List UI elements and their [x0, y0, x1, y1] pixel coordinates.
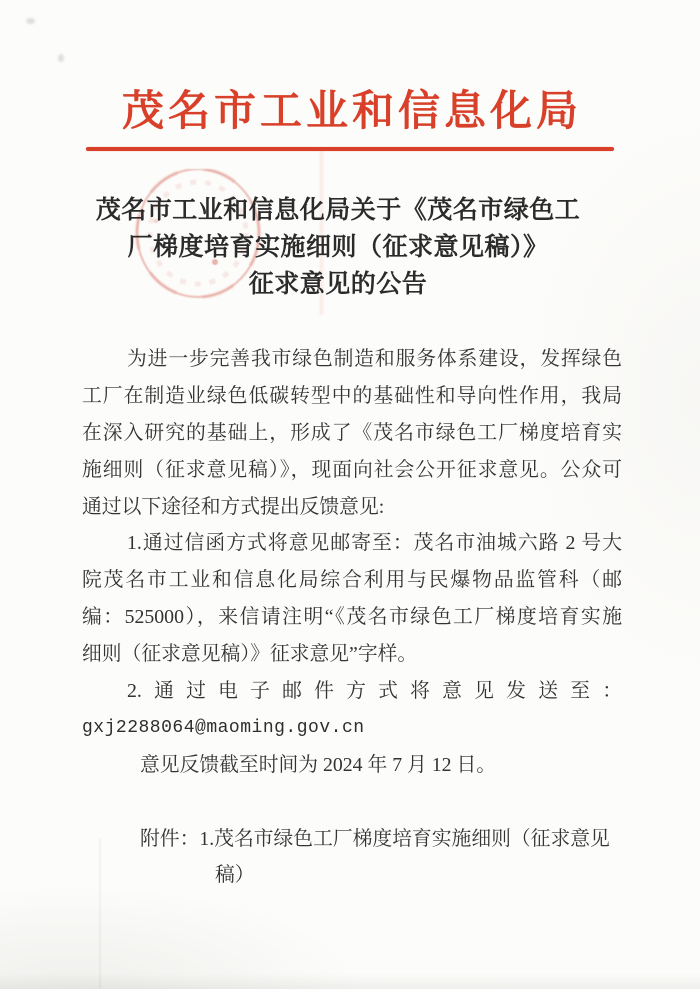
text-line: 院茂名市工业和信息化局综合利用与民爆物品监管科（邮	[82, 562, 622, 599]
agency-letterhead: 茂名市工业和信息化局	[0, 87, 700, 137]
text-line: 2.通过电子邮件方式将意见发送至：	[82, 673, 622, 710]
notice-title: 茂名市工业和信息化局关于《茂名市绿色工厂梯度培育实施细则（征求意见稿）》征求意见…	[71, 192, 605, 303]
scan-speck	[26, 18, 35, 24]
notice-body: 为进一步完善我市绿色制造和服务体系建设，发挥绿色工厂在制造业绿色低碳转型中的基础…	[82, 341, 622, 894]
scan-speck	[58, 54, 64, 62]
text-line: 意见反馈截至时间为 2024 年 7 月 12 日。	[82, 747, 622, 784]
text-line: 附件：1.茂名市绿色工厂梯度培育实施细则（征求意见	[82, 821, 622, 858]
text-line: 为进一步完善我市绿色制造和服务体系建设，发挥绿色	[82, 341, 622, 378]
text-line: 通过以下途径和方式提出反馈意见:	[82, 489, 622, 526]
letterhead-divider	[86, 147, 614, 151]
text-line: 厂梯度培育实施细则（征求意见稿）》	[71, 229, 605, 266]
text-line: 工厂在制造业绿色低碳转型中的基础性和导向性作用，我局	[82, 378, 622, 415]
text-line: 茂名市工业和信息化局关于《茂名市绿色工	[71, 192, 605, 229]
text-line: 在深入研究的基础上，形成了《茂名市绿色工厂梯度培育实	[82, 415, 622, 452]
text-line: 稿）	[82, 857, 622, 894]
text-line: gxj2288064@maoming.gov.cn	[82, 710, 622, 747]
text-line: 施细则（征求意见稿）》，现面向社会公开征求意见。公众可	[82, 452, 622, 489]
scanned-document-page: 茂名市工业和信息化局 茂名市工业和信息化局关于《茂名市绿色工厂梯度培育实施细则（…	[0, 0, 700, 989]
text-line: 编：525000），来信请注明“《茂名市绿色工厂梯度培育实施	[82, 599, 622, 636]
text-line	[82, 784, 622, 821]
text-line: 1.通过信函方式将意见邮寄至：茂名市油城六路 2 号大	[82, 525, 622, 562]
text-line: 细则（征求意见稿）》征求意见”字样。	[82, 636, 622, 673]
text-line: 征求意见的公告	[71, 266, 605, 303]
